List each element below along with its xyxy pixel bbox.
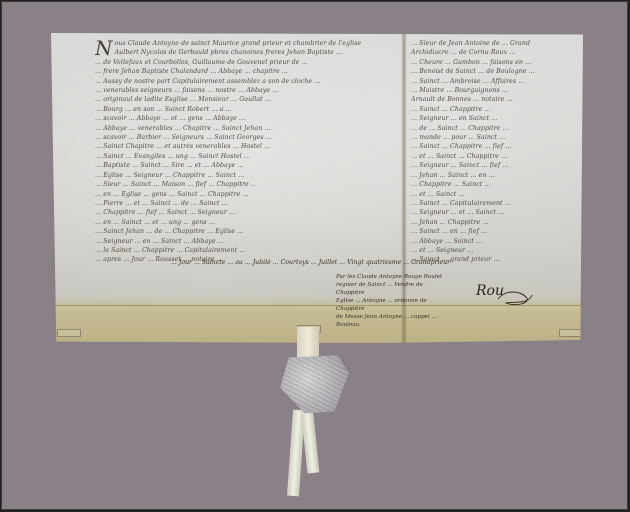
text-line: ... Seigneur ... Sainct ... fief ... — [411, 161, 576, 170]
parchment-charter: N ous Claude Antoyne de sainct Maurice g… — [51, 33, 583, 343]
seal-ribbon-right — [301, 407, 320, 474]
text-line: ... Sainct ... Chappitre ... — [411, 105, 576, 114]
text-line: ... Maistre ... Bourguignons ... — [411, 86, 576, 95]
text-line: ... Sainct Chapitre ... et autres venera… — [95, 142, 398, 151]
text-line: ... scavoir ... Barbier ... Seigneurs ..… — [95, 133, 398, 142]
subscription-block: Par les Claude Antoyne Rouge Roulet regn… — [336, 273, 446, 329]
text-line: ... et ... Sainct ... Chappitre ... — [411, 152, 576, 161]
photo-frame: N ous Claude Antoyne de sainct Maurice g… — [1, 1, 628, 510]
text-line: Arnault de Bonnes ... notaire ... — [411, 95, 576, 104]
text-line: ... et ... Sainct ... — [411, 190, 576, 199]
seal-slit-left — [57, 329, 81, 337]
text-line: ... Sainct ... Evangiles ... ung ... Sai… — [95, 152, 398, 161]
text-line: ... Sainct ... en ... fief ... — [411, 227, 576, 236]
seal-slit-right — [559, 329, 583, 337]
text-line: ... et ... Seigneur ... — [411, 246, 576, 255]
text-line: ... Eglise ... Seigneur ... Chappitre ..… — [95, 171, 398, 180]
text-line: ... Baptiste ... Sainct ... Sire ... et … — [95, 161, 398, 170]
text-line: ... Pierre ... et ... Sainct ... de ... … — [95, 199, 398, 208]
subscription-line: Eglise ... Antoyne ... ordonne de Chappi… — [336, 297, 446, 313]
wax-seal — [276, 349, 354, 418]
text-line: ... Jehan ... Sainct ... en ... — [411, 171, 576, 180]
text-line: ... Chappitre ... fief ... Sainct ... Se… — [95, 208, 398, 217]
subscription-line: regnier de Sainct ... Vendre de Chappitr… — [336, 281, 446, 297]
text-line: ... en ... Eglise ... gens ... Sainct ..… — [95, 190, 398, 199]
text-line: ... venerables seigneurs ... faisons ...… — [95, 86, 398, 95]
text-line: ... Bourg ... en son ... Sainct Robert .… — [95, 105, 398, 114]
text-line: ous Claude Antoyne de sainct Maurice gra… — [95, 39, 398, 48]
text-line: ... Jehan ... Chappitre ... — [411, 218, 576, 227]
text-line: ... Sieur ... Sainct ... Maison ... fief… — [95, 180, 398, 189]
text-line: ... scavoir ... Abbaye ... et ... gens .… — [95, 114, 398, 123]
text-line: ... Benoist de Sainct ... de Boulogne ..… — [411, 67, 576, 76]
text-line: ... Sainct ... Capitulairement ... — [411, 199, 576, 208]
text-line: ... Sainct ... Ambroise ... Affaires ... — [411, 77, 576, 86]
left-text-column: N ous Claude Antoyne de sainct Maurice g… — [95, 39, 398, 274]
text-line: ... Abbaye ... Sainct ... — [411, 237, 576, 246]
text-line: ... Chappitre ... Sainct ... — [411, 180, 576, 189]
text-line: ... Sainct Jehan ... de ... Chappitre ..… — [95, 227, 398, 236]
text-line: ... de Vellefaux et Courbolles, Guillaum… — [95, 58, 398, 67]
text-line: ... Sieur de Jean Antoine de ... Grand — [411, 39, 576, 48]
text-line: ... Seigneur ... et ... Sainct ... — [411, 208, 576, 217]
text-line: ... le Sainct ... Chappitre ... Capitula… — [95, 246, 398, 255]
text-line: ... Seigneur ... en ... Sainct ... Abbay… — [95, 237, 398, 246]
text-line: ... frere Jehan Baptiste Chalandard ... … — [95, 67, 398, 76]
subscription-line: de Messe Jean Antoyne ... cappel ... Rou… — [336, 313, 446, 329]
text-line: ... Seigneur ... en Sainct ... — [411, 114, 576, 123]
text-line: ... de ... Sainct ... Chappitre ... — [411, 124, 576, 133]
text-line: ... Sainct ... Chappitre ... fief ... — [411, 142, 576, 151]
text-line: Archidiacre ... de Cornu Roux ... — [411, 48, 576, 57]
subscription-line: Par les Claude Antoyne Rouge Roulet — [336, 273, 446, 281]
decorated-initial: N — [95, 39, 113, 57]
right-text-column: ... Sieur de Jean Antoine de ... Grand A… — [411, 39, 576, 274]
text-line: ... originaul de ladite Esglise ... Mons… — [95, 95, 398, 104]
text-line: ... Aussy de nostre part Capitulairement… — [95, 77, 398, 86]
closing-line: ... Jour ... Saincte ... au ... Jubilé .… — [171, 259, 491, 269]
text-line: Aulbert Nycolas de Gerbauld pbres chanoi… — [95, 48, 398, 57]
text-line: ... en ... Sainct ... et ... ung ... gen… — [95, 218, 398, 227]
text-line: ... Cheure ... Gambon ... faisons en ... — [411, 58, 576, 67]
signature-flourish-icon — [476, 283, 536, 313]
seal-texture — [276, 349, 354, 418]
text-line: ... Abbaye ... venerables ... Chapitre .… — [95, 124, 398, 133]
text-line: ... mande ... pour ... Sainct ... — [411, 133, 576, 142]
